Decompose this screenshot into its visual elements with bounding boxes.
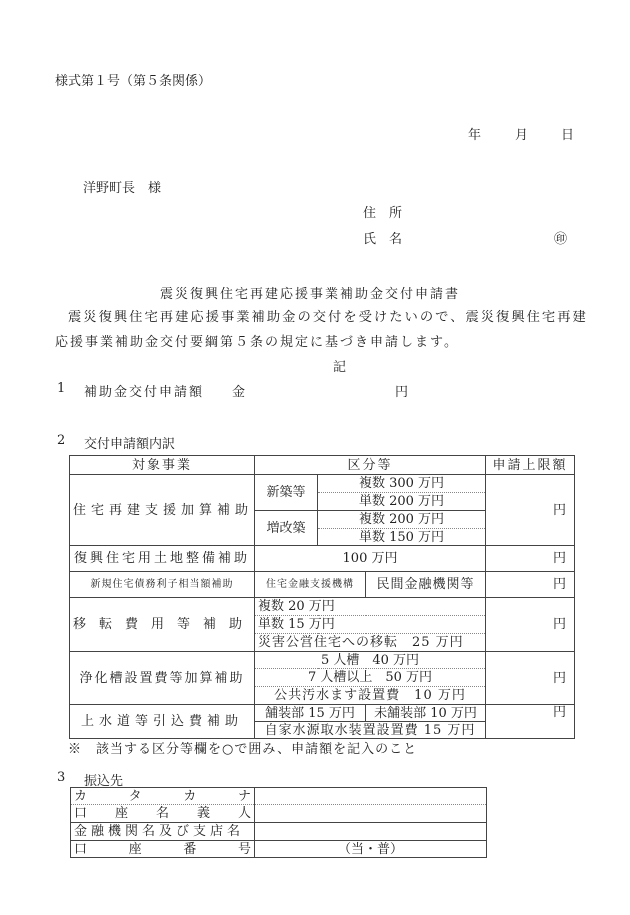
account-char: 口 <box>74 842 87 857</box>
breakdown-table: 対象事業 区分等 申請上限額 住宅再建支援加算補助 新築等 複数 300 万円 … <box>69 455 575 739</box>
jokaso-item-3: 公共汚水ます設置費 10 万円 <box>255 687 486 705</box>
body-line-2: 応援事業補助金交付要綱第５条の規定に基づき申請します。 <box>55 331 459 350</box>
saiken-item-3: 複数 200 万円 <box>318 511 486 529</box>
row-tochi-name: 復興住宅用土地整備補助 <box>70 546 255 572</box>
row-rishi-name: 新規住宅債務利子相当額補助 <box>70 572 255 598</box>
holder-input[interactable] <box>255 805 487 823</box>
account-char: 号 <box>238 842 251 857</box>
section1-label: 補助金交付申請額 <box>84 381 204 400</box>
saiken-item-2: 単数 200 万円 <box>318 493 486 511</box>
katakana-input[interactable] <box>255 788 487 805</box>
date-year-label: 年 <box>468 124 481 143</box>
saiken-item-4: 単数 150 万円 <box>318 529 486 546</box>
suido-item-c: 自家水源取水装置設置費 15 万円 <box>255 722 486 739</box>
suido-item-a: 舗装部 15 万円 <box>255 705 366 722</box>
holder-char: 人 <box>238 806 251 821</box>
katakana-char: タ <box>129 789 142 804</box>
holder-char: 座 <box>115 806 128 821</box>
section2-note: ※ 該当する区分等欄を○で囲み、申請額を記入のこと <box>68 738 417 757</box>
header-limit: 申請上限額 <box>486 456 575 475</box>
katakana-char: カ <box>183 789 196 804</box>
rishi-item-a: 住宅金融支援機構 <box>255 572 366 598</box>
row-iten-name: 移転費用等補助 <box>70 598 255 652</box>
section2-number: 2 <box>57 433 65 448</box>
account-type[interactable]: （当・普） <box>255 841 487 858</box>
suido-item-b: 未舗装部 10 万円 <box>366 705 486 722</box>
row-suido-name: 上水道等引込費補助 <box>70 705 255 739</box>
bank-table: カ タ カ ナ 口 座 名 義 人 金融機関名及び支店名 口 座 <box>70 787 487 858</box>
section1-number: 1 <box>57 381 65 396</box>
jokaso-item-1: 5 人槽 40 万円 <box>255 652 486 669</box>
tochi-amount: 円 <box>486 546 575 572</box>
account-label: 口 座 番 号 <box>71 841 255 858</box>
row-jokaso-name: 浄化槽設置費等加算補助 <box>70 652 255 705</box>
header-category: 区分等 <box>255 456 486 475</box>
iten-amount: 円 <box>486 598 575 652</box>
rishi-amount: 円 <box>486 572 575 598</box>
row-saiken-name: 住宅再建支援加算補助 <box>70 475 255 546</box>
iten-item-3: 災害公営住宅への移転 25 万円 <box>255 634 486 652</box>
tochi-item: 100 万円 <box>255 546 486 572</box>
bank-label: 金融機関名及び支店名 <box>71 823 255 841</box>
jokaso-amount: 円 <box>486 652 575 705</box>
suido-amount: 円 <box>486 705 575 739</box>
iten-item-2: 単数 15 万円 <box>255 616 486 634</box>
holder-label: 口 座 名 義 人 <box>71 805 255 823</box>
account-char: 番 <box>183 842 196 857</box>
katakana-char: ナ <box>238 789 251 804</box>
header-project: 対象事業 <box>70 456 255 475</box>
name-label: 氏 名 <box>363 228 402 247</box>
date-month-label: 月 <box>515 124 528 143</box>
iten-item-1: 複数 20 万円 <box>255 598 486 616</box>
section1-prefix: 金 <box>232 381 245 400</box>
ki-heading: 記 <box>333 356 346 375</box>
holder-char: 名 <box>156 806 169 821</box>
seal-mark: ㊞ <box>554 228 567 247</box>
body-line-1: 震災復興住宅再建応援事業補助金の交付を受けたいので、震災復興住宅再建 <box>68 306 588 325</box>
addressee: 洋野町長 様 <box>83 177 161 196</box>
katakana-label: カ タ カ ナ <box>71 788 255 805</box>
saiken-amount: 円 <box>486 475 575 546</box>
form-number: 様式第１号（第５条関係） <box>55 70 211 89</box>
date-day-label: 日 <box>561 124 574 143</box>
katakana-char: カ <box>74 789 87 804</box>
saiken-zoukaichiku: 増改築 <box>255 511 318 546</box>
document-title: 震災復興住宅再建応援事業補助金交付申請書 <box>160 283 460 302</box>
address-label: 住 所 <box>363 202 402 221</box>
holder-char: 口 <box>74 806 87 821</box>
jokaso-item-2: 7 人槽以上 50 万円 <box>255 669 486 687</box>
bank-input[interactable] <box>255 823 487 841</box>
section2-label: 交付申請額内訳 <box>84 433 175 452</box>
saiken-item-1: 複数 300 万円 <box>318 475 486 493</box>
rishi-item-b: 民間金融機関等 <box>366 572 486 598</box>
section3-number: 3 <box>57 770 65 785</box>
section1-unit: 円 <box>395 381 408 400</box>
account-char: 座 <box>129 842 142 857</box>
holder-char: 義 <box>197 806 210 821</box>
saiken-shinchiku: 新築等 <box>255 475 318 511</box>
